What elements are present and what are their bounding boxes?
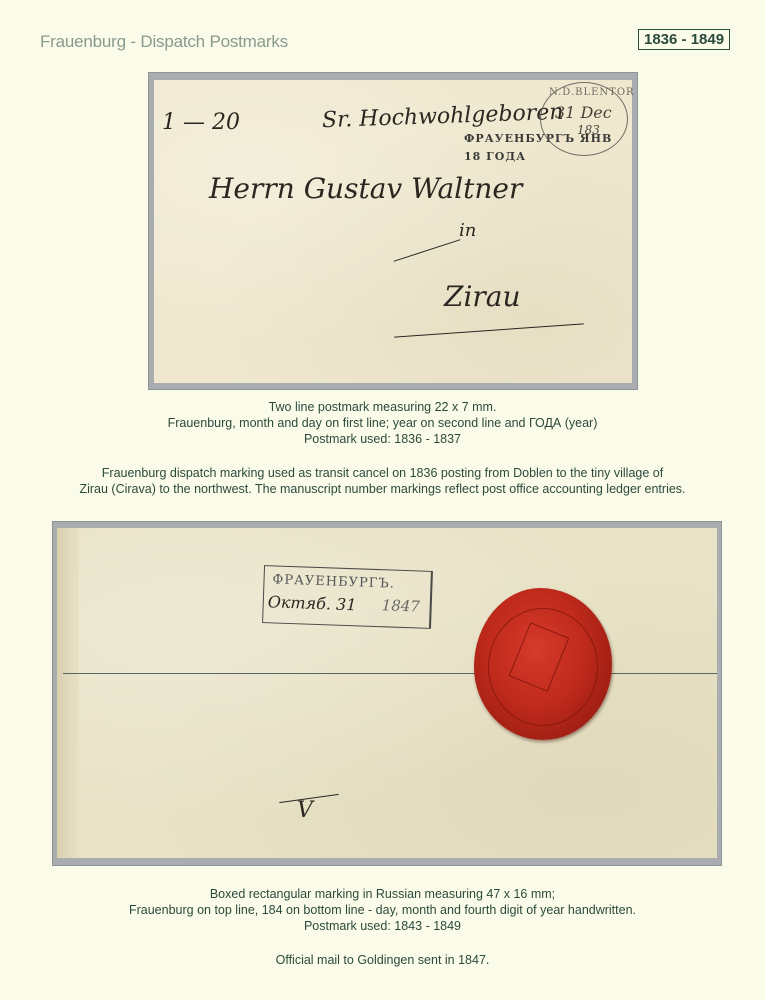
caption-1: Two line postmark measuring 22 x 7 mm. F…	[0, 399, 765, 447]
caption-1-line: Two line postmark measuring 22 x 7 mm.	[0, 399, 765, 415]
date-range-badge: 1836 - 1849	[638, 29, 730, 50]
caption-2-line: Frauenburg on top line, 184 on bottom li…	[0, 902, 765, 918]
description-2-line: Official mail to Goldingen sent in 1847.	[0, 952, 765, 968]
caption-1-line: Postmark used: 1836 - 1837	[0, 431, 765, 447]
description-2: Official mail to Goldingen sent in 1847.	[0, 952, 765, 968]
round-postmark: N.D.BLENTOR 31 Dec 183	[540, 82, 628, 156]
address-line-3: in	[459, 220, 476, 241]
underline-stroke	[394, 239, 461, 262]
postmark-line-2: 18 ГОДА	[464, 150, 526, 163]
underline-stroke	[394, 323, 584, 337]
caption-1-line: Frauenburg, month and day on first line;…	[0, 415, 765, 431]
cover-edge	[57, 528, 79, 858]
description-1: Frauenburg dispatch marking used as tran…	[0, 465, 765, 497]
round-postmark-text: N.D.BLENTOR	[549, 87, 635, 98]
caption-2: Boxed rectangular marking in Russian mea…	[0, 886, 765, 934]
boxed-postmark-line-1: ФРАУЕНБУРГЪ.	[272, 572, 395, 591]
caption-2-line: Boxed rectangular marking in Russian mea…	[0, 886, 765, 902]
round-postmark-year: 183	[577, 123, 600, 137]
boxed-postmark: ФРАУЕНБУРГЪ. Октяб. 31 1847	[262, 565, 433, 629]
cover1-letter: 1 — 20 Sr. Hochwohlgeboren Herrn Gustav …	[154, 80, 632, 383]
manuscript-number: 1 — 20	[162, 110, 240, 135]
description-1-line: Zirau (Cirava) to the northwest. The man…	[0, 481, 765, 497]
address-line-1: Sr. Hochwohlgeboren	[322, 100, 564, 133]
round-postmark-date: 31 Dec	[555, 103, 612, 122]
cover2-letter: ФРАУЕНБУРГЪ. Октяб. 31 1847 V	[57, 528, 717, 858]
address-line-4: Zirau	[444, 280, 521, 313]
fold-line	[63, 673, 717, 674]
address-line-2: Herrn Gustav Waltner	[209, 172, 522, 205]
manuscript-mark: V	[297, 798, 313, 823]
page-title: Frauenburg - Dispatch Postmarks	[40, 32, 288, 52]
boxed-postmark-year: 1847	[381, 596, 420, 615]
description-1-line: Frauenburg dispatch marking used as tran…	[0, 465, 765, 481]
wax-seal	[474, 588, 612, 740]
boxed-postmark-handwritten-date: Октяб. 31	[267, 592, 356, 614]
caption-2-line: Postmark used: 1843 - 1849	[0, 918, 765, 934]
